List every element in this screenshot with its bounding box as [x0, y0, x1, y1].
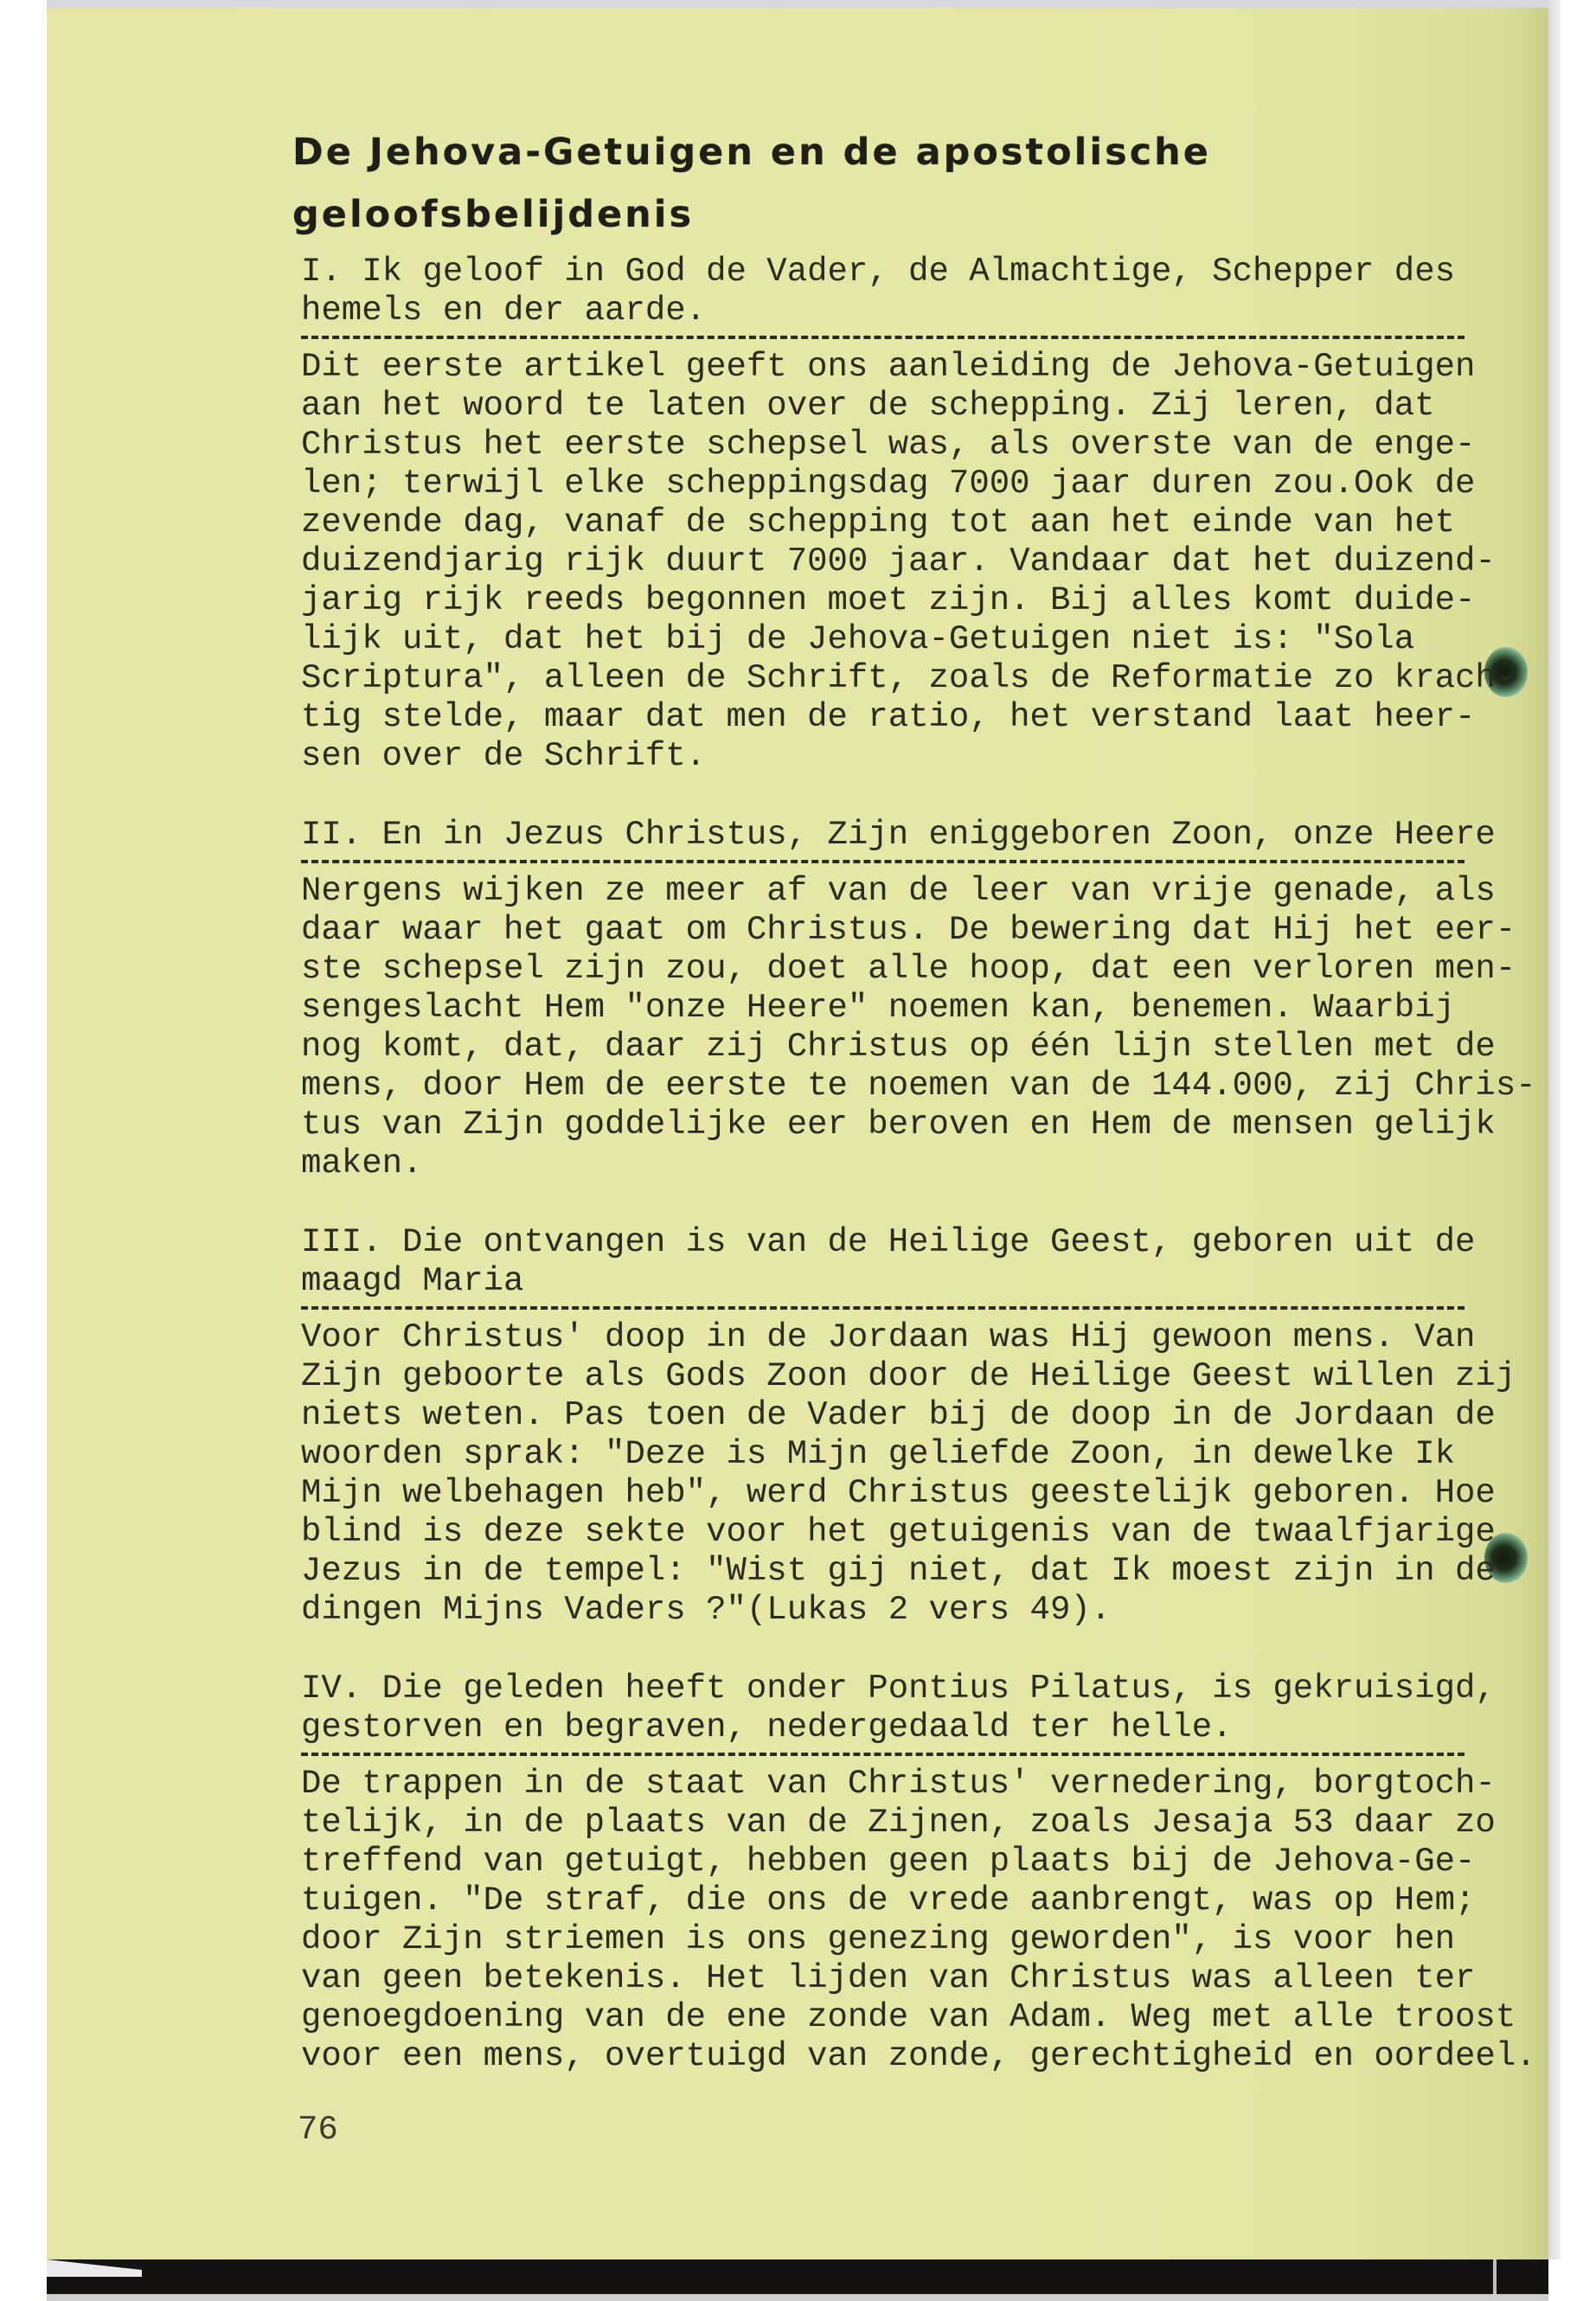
article-body: Voor Christus' doop in de Jordaan was Hi…: [301, 1318, 1486, 1630]
article-body: Nergens wijken ze meer af van de leer va…: [301, 872, 1486, 1183]
article-body: Dit eerste artikel geeft ons aanleiding …: [301, 348, 1486, 776]
article-heading: IV. Die geleden heeft onder Pontius Pila…: [301, 1670, 1465, 1756]
page-binding-edge: [1548, 0, 1561, 2259]
page-title: De Jehova-Getuigen en de apostolische ge…: [292, 121, 1503, 246]
article-section-1: I. Ik geloof in God de Vader, de Almacht…: [301, 253, 1486, 776]
article-heading: II. En in Jezus Christus, Zijn eniggebor…: [301, 816, 1465, 863]
bottom-band-seam: [1493, 2259, 1497, 2294]
article-list: I. Ik geloof in God de Vader, de Almacht…: [301, 253, 1486, 2076]
article-heading: I. Ik geloof in God de Vader, de Almacht…: [301, 253, 1465, 339]
article-section-4: IV. Die geleden heeft onder Pontius Pila…: [301, 1670, 1486, 2076]
bottom-dark-band: [47, 2259, 1548, 2294]
article-section-3: III. Die ontvangen is van de Heilige Gee…: [301, 1223, 1486, 1630]
article-section-2: II. En in Jezus Christus, Zijn eniggebor…: [301, 816, 1486, 1183]
article-body: De trappen in de staat van Christus' ver…: [301, 1765, 1486, 2076]
bottom-edge-strip: [47, 2294, 1548, 2301]
page-number: 76: [298, 2111, 338, 2149]
article-heading: III. Die ontvangen is van de Heilige Gee…: [301, 1223, 1465, 1310]
